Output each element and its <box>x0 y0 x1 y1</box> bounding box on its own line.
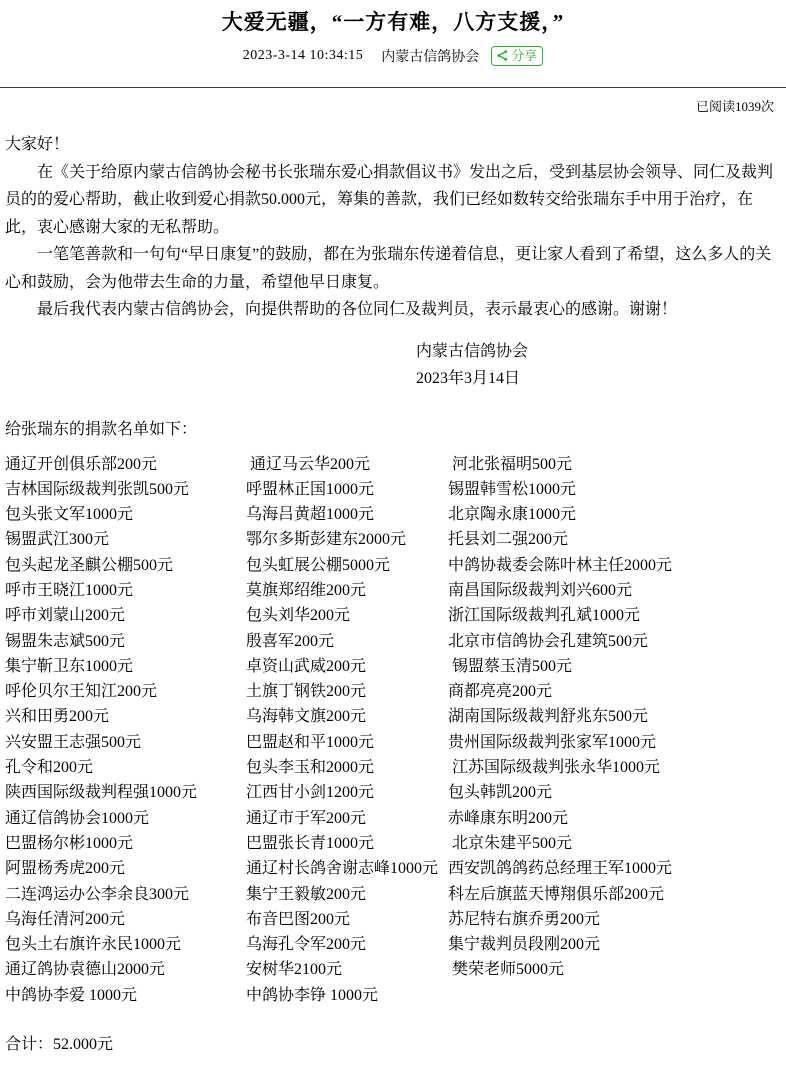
donor-cell: 二连鸿运办公李余良300元 <box>5 882 246 907</box>
donor-cell: 浙江国际级裁判孔斌1000元 <box>448 603 786 628</box>
donor-cell: 通辽信鸽协会1000元 <box>5 806 246 831</box>
share-button-label: 分享 <box>511 47 537 64</box>
donor-cell: 阿盟杨秀虎200元 <box>5 856 246 881</box>
donor-row: 通辽开创俱乐部200元 通辽马云华200元 河北张福明500元 <box>5 452 786 477</box>
donor-cell: 乌海孔令军200元 <box>246 932 448 957</box>
paragraph-2: 一笔笔善款和一句句“早日康复”的鼓励，都在为张瑞东传递着信息，更让家人看到了希望… <box>5 241 780 296</box>
donation-total: 合计：52.000元 <box>5 1031 786 1054</box>
donor-row: 呼伦贝尔王知江200元土旗丁钢铁200元商都亮亮200元 <box>5 679 786 704</box>
donor-cell: 北京市信鸽协会孔建筑500元 <box>448 629 786 654</box>
donor-cell: 江西甘小剑1200元 <box>246 780 448 805</box>
publish-datetime: 2023-3-14 10:34:15 <box>243 48 364 64</box>
donor-cell: 通辽鸽协袁德山2000元 <box>5 957 246 982</box>
donor-cell: 鄂尔多斯彭建东2000元 <box>246 527 448 552</box>
donor-row: 包头起龙圣麒公棚500元包头虹展公棚5000元中鸽协裁委会陈叶林主任2000元 <box>5 553 786 578</box>
donor-cell: 锡盟蔡玉清500元 <box>448 654 786 679</box>
donor-cell: 包头张文军1000元 <box>5 502 246 527</box>
donor-row: 吉林国际级裁判张凯500元呼盟林正国1000元锡盟韩雪松1000元 <box>5 477 786 502</box>
donor-cell: 包头起龙圣麒公棚500元 <box>5 553 246 578</box>
share-network-icon <box>496 49 509 62</box>
donor-cell: 苏尼特右旗乔勇200元 <box>448 907 786 932</box>
donor-row: 陕西国际级裁判程强1000元江西甘小剑1200元包头韩凯200元 <box>5 780 786 805</box>
donor-cell: 中鸽协李爱 1000元 <box>5 983 246 1008</box>
donor-row: 兴安盟王志强500元巴盟赵和平1000元贵州国际级裁判张家军1000元 <box>5 730 786 755</box>
donor-cell: 包头韩凯200元 <box>448 780 786 805</box>
donor-cell: 包头李玉和2000元 <box>246 755 448 780</box>
donor-cell: 乌海任清河200元 <box>5 907 246 932</box>
donor-cell: 巴盟杨尔彬1000元 <box>5 831 246 856</box>
donor-cell: 乌海韩文旗200元 <box>246 704 448 729</box>
donor-row: 包头张文军1000元乌海吕黄超1000元北京陶永康1000元 <box>5 502 786 527</box>
donor-cell: 兴安盟王志强500元 <box>5 730 246 755</box>
donor-cell: 托县刘二强200元 <box>448 527 786 552</box>
donor-row: 包头土右旗许永民1000元乌海孔令军200元集宁裁判员段刚200元 <box>5 932 786 957</box>
donor-cell: 北京陶永康1000元 <box>448 502 786 527</box>
donor-row: 集宁靳卫东1000元卓资山武威200元 锡盟蔡玉清500元 <box>5 654 786 679</box>
donor-cell: 布音巴图200元 <box>246 907 448 932</box>
donor-row: 通辽信鸽协会1000元通辽市于军200元赤峰康东明200元 <box>5 806 786 831</box>
donor-cell: 呼盟林正国1000元 <box>246 477 448 502</box>
donor-row: 巴盟杨尔彬1000元巴盟张长青1000元 北京朱建平500元 <box>5 831 786 856</box>
donor-cell: 河北张福明500元 <box>448 452 786 477</box>
donor-cell: 西安凯鸽鸽药总经理王军1000元 <box>448 856 786 881</box>
donor-row: 二连鸿运办公李余良300元集宁王毅敏200元科左后旗蓝天博翔俱乐部200元 <box>5 882 786 907</box>
donor-cell: 包头刘华200元 <box>246 603 448 628</box>
donor-cell: 集宁靳卫东1000元 <box>5 654 246 679</box>
donor-row: 通辽鸽协袁德山2000元安树华2100元 樊荣老师5000元 <box>5 957 786 982</box>
donor-cell: 土旗丁钢铁200元 <box>246 679 448 704</box>
donor-row: 锡盟武江300元鄂尔多斯彭建东2000元托县刘二强200元 <box>5 527 786 552</box>
header-divider <box>0 87 786 88</box>
donor-cell: 卓资山武威200元 <box>246 654 448 679</box>
donor-row: 呼市王晓江1000元莫旗郑绍维200元南昌国际级裁判刘兴600元 <box>5 578 786 603</box>
donor-cell: 通辽市于军200元 <box>246 806 448 831</box>
signature-date: 2023年3月14日 <box>416 365 786 393</box>
share-button[interactable]: 分享 <box>491 46 543 66</box>
donor-cell: 孔令和200元 <box>5 755 246 780</box>
donor-row: 乌海任清河200元布音巴图200元苏尼特右旗乔勇200元 <box>5 907 786 932</box>
donor-cell: 科左后旗蓝天博翔俱乐部200元 <box>448 882 786 907</box>
donor-cell: 锡盟武江300元 <box>5 527 246 552</box>
donor-cell: 通辽村长鸽舍谢志峰1000元 <box>246 856 448 881</box>
publisher-name: 内蒙古信鸽协会 <box>381 46 479 66</box>
donor-row: 中鸽协李爱 1000元中鸽协李铮 1000元 <box>5 983 786 1008</box>
donor-cell: 通辽开创俱乐部200元 <box>5 452 246 477</box>
donor-cell: 商都亮亮200元 <box>448 679 786 704</box>
donor-cell: 呼市刘蒙山200元 <box>5 603 246 628</box>
donor-row: 兴和田勇200元乌海韩文旗200元湖南国际级裁判舒兆东500元 <box>5 704 786 729</box>
donor-cell: 中鸽协裁委会陈叶林主任2000元 <box>448 553 786 578</box>
donor-cell: 南昌国际级裁判刘兴600元 <box>448 578 786 603</box>
donor-cell: 樊荣老师5000元 <box>448 957 786 982</box>
donor-row: 孔令和200元包头李玉和2000元 江苏国际级裁判张永华1000元 <box>5 755 786 780</box>
signature-block: 内蒙古信鸽协会 2023年3月14日 <box>416 338 786 393</box>
donor-cell: 呼伦贝尔王知江200元 <box>5 679 246 704</box>
donor-cell: 兴和田勇200元 <box>5 704 246 729</box>
page-title: 大爱无疆，“一方有难，八方支援，” <box>0 0 786 36</box>
donor-row: 锡盟朱志斌500元殷喜军200元北京市信鸽协会孔建筑500元 <box>5 629 786 654</box>
paragraph-1: 在《关于给原内蒙古信鸽协会秘书长张瑞东爱心捐款倡议书》发出之后，受到基层协会领导… <box>5 159 780 242</box>
article-page: 大爱无疆，“一方有难，八方支援，” 2023-3-14 10:34:15 内蒙古… <box>0 0 786 1054</box>
donation-list-intro: 给张瑞东的捐款名单如下： <box>5 416 786 439</box>
donor-cell: 巴盟张长青1000元 <box>246 831 448 856</box>
donor-cell: 包头土右旗许永民1000元 <box>5 932 246 957</box>
donor-cell: 吉林国际级裁判张凯500元 <box>5 477 246 502</box>
donor-cell: 殷喜军200元 <box>246 629 448 654</box>
donor-list: 通辽开创俱乐部200元 通辽马云华200元 河北张福明500元吉林国际级裁判张凯… <box>5 452 786 1009</box>
article-body: 大家好！ 在《关于给原内蒙古信鸽协会秘书长张瑞东爱心捐款倡议书》发出之后，受到基… <box>5 131 780 324</box>
donor-cell: 乌海吕黄超1000元 <box>246 502 448 527</box>
greeting-line: 大家好！ <box>5 131 780 159</box>
donor-cell: 江苏国际级裁判张永华1000元 <box>448 755 786 780</box>
signature-org: 内蒙古信鸽协会 <box>416 338 786 366</box>
donor-cell: 通辽马云华200元 <box>246 452 448 477</box>
paragraph-3: 最后我代表内蒙古信鸽协会，向提供帮助的各位同仁及裁判员，表示最衷心的感谢。谢谢！ <box>5 296 780 324</box>
donor-row: 呼市刘蒙山200元包头刘华200元浙江国际级裁判孔斌1000元 <box>5 603 786 628</box>
donor-cell: 包头虹展公棚5000元 <box>246 553 448 578</box>
donor-cell: 北京朱建平500元 <box>448 831 786 856</box>
donor-cell: 莫旗郑绍维200元 <box>246 578 448 603</box>
donor-cell: 集宁裁判员段刚200元 <box>448 932 786 957</box>
donor-cell <box>448 983 786 1008</box>
donor-cell: 锡盟韩雪松1000元 <box>448 477 786 502</box>
donor-cell: 湖南国际级裁判舒兆东500元 <box>448 704 786 729</box>
donor-cell: 呼市王晓江1000元 <box>5 578 246 603</box>
donor-cell: 贵州国际级裁判张家军1000元 <box>448 730 786 755</box>
donor-cell: 中鸽协李铮 1000元 <box>246 983 448 1008</box>
donor-cell: 锡盟朱志斌500元 <box>5 629 246 654</box>
donor-cell: 巴盟赵和平1000元 <box>246 730 448 755</box>
read-count: 已阅读1039次 <box>0 96 786 115</box>
article-meta: 2023-3-14 10:34:15 内蒙古信鸽协会 分享 <box>0 46 786 66</box>
donor-cell: 陕西国际级裁判程强1000元 <box>5 780 246 805</box>
donor-cell: 安树华2100元 <box>246 957 448 982</box>
donor-cell: 集宁王毅敏200元 <box>246 882 448 907</box>
donor-cell: 赤峰康东明200元 <box>448 806 786 831</box>
donor-row: 阿盟杨秀虎200元通辽村长鸽舍谢志峰1000元西安凯鸽鸽药总经理王军1000元 <box>5 856 786 881</box>
